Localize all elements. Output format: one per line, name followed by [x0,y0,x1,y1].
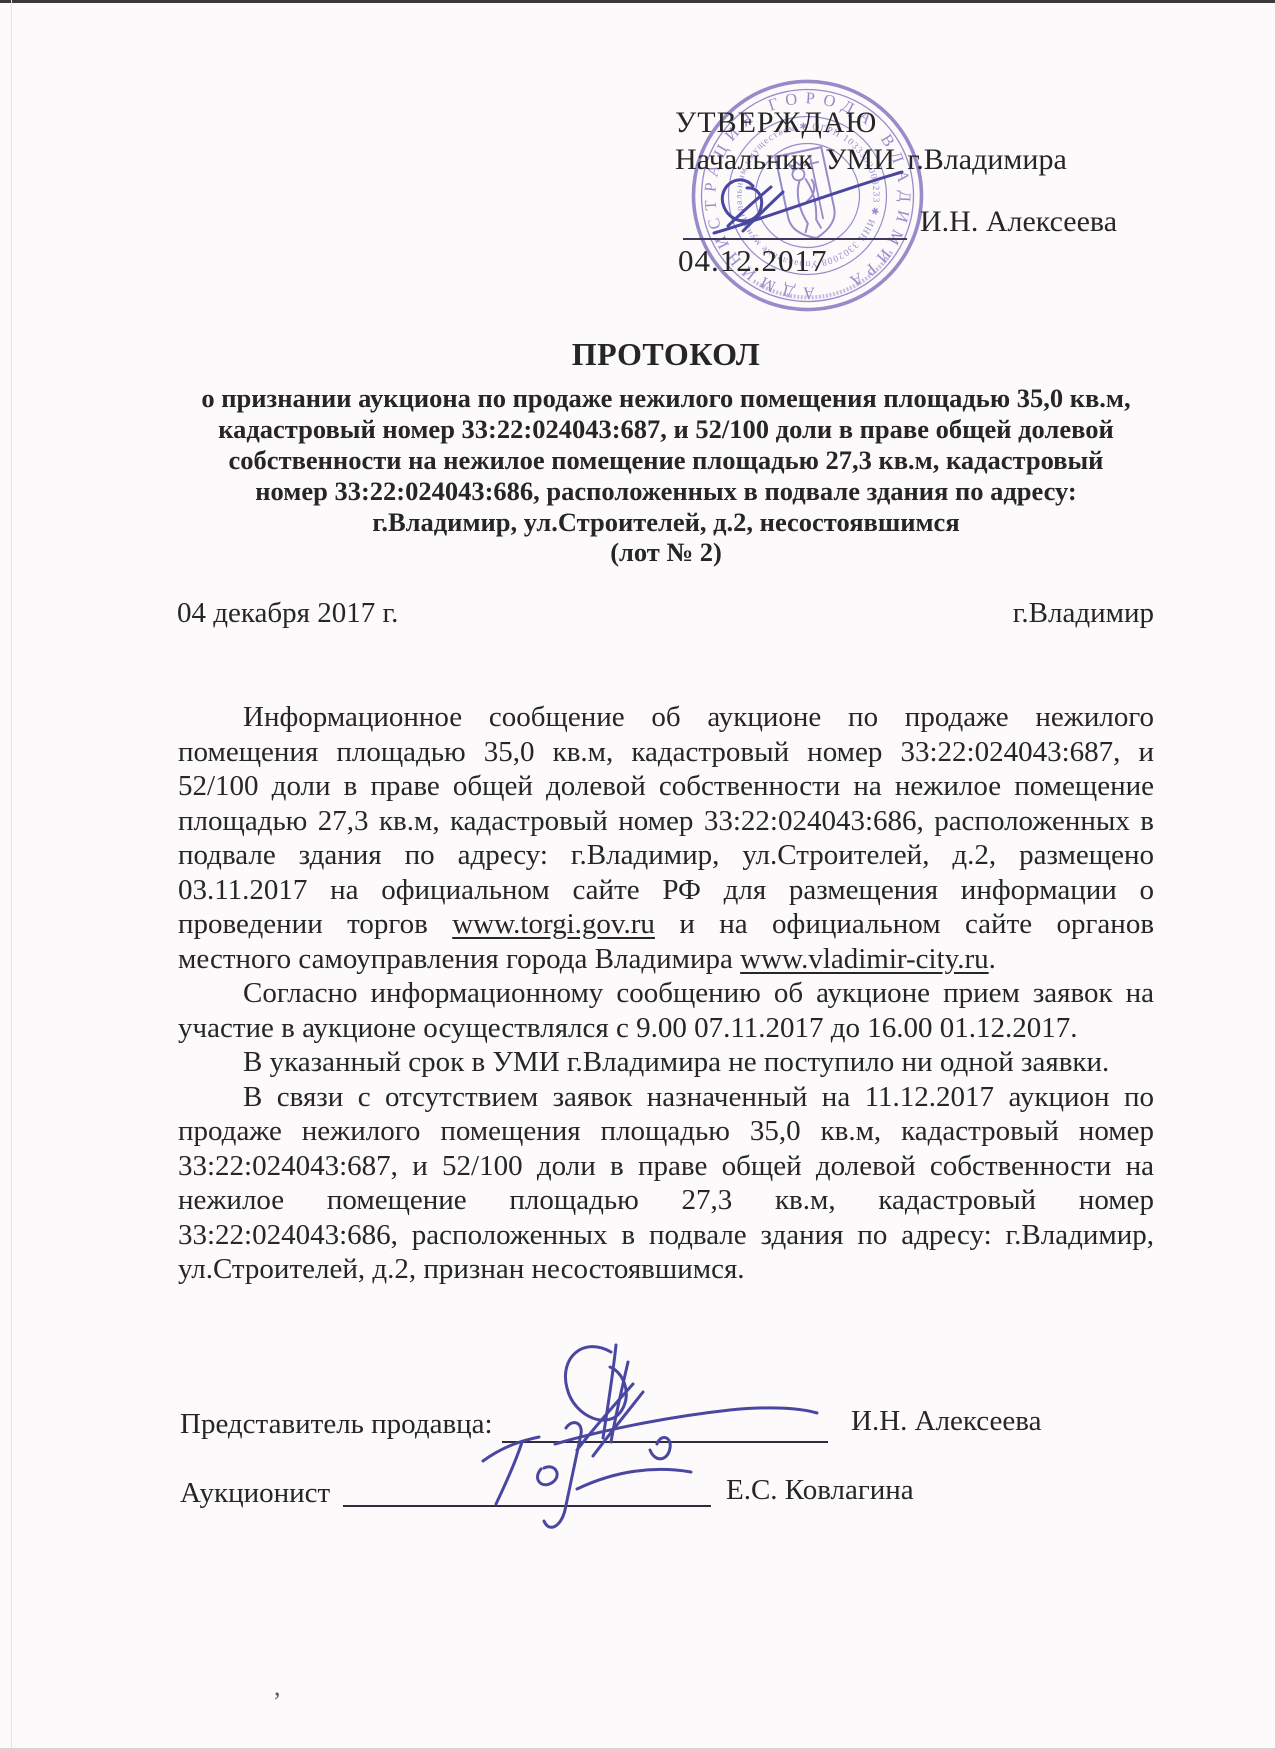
document-city: г.Владимир [1013,597,1154,630]
auctioneer-handwritten-signature [425,1415,725,1530]
paragraph-4: В связи с отсутствием заявок назначенный… [178,1080,1154,1287]
torgi-gov-url: www.torgi.gov.ru [452,908,655,940]
dateline: 04 декабря 2017 г. г.Владимир [177,597,1154,630]
lot-number: (лот № 2) [178,537,1154,568]
auctioneer-name: Е.С. Ковлагина [726,1474,914,1507]
auctioneer-label: Аукционист [180,1477,330,1510]
paragraph-1-text: Информационное сообщение об аукционе по … [178,701,1154,940]
vladimir-city-url: www.vladimir-city.ru [740,943,989,975]
scan-edge-artifact-left [11,0,12,1750]
document-subtitle: о признании аукциона по продаже нежилого… [190,383,1142,538]
scan-stray-mark: , [274,1672,281,1702]
scanned-document-page: АДМИНИСТРАЦИЯ ГОРОДА ВЛАДИМИРА ✱ Управле… [0,0,1275,1750]
approver-name: И.Н. Алексеева [920,205,1117,239]
document-body: Информационное сообщение об аукционе по … [178,700,1154,1287]
scan-edge-artifact-top [0,0,1275,3]
document-title: ПРОТОКОЛ [178,336,1154,373]
paragraph-1-end: . [989,943,996,975]
document-date: 04 декабря 2017 г. [177,597,398,630]
paragraph-3: В указанный срок в УМИ г.Владимира не по… [178,1045,1154,1080]
paragraph-2: Согласно информационному сообщению об ау… [178,976,1154,1045]
seller-representative-name: И.Н. Алексеева [851,1405,1041,1438]
paragraph-1: Информационное сообщение об аукционе по … [178,700,1154,976]
approver-handwritten-signature [690,150,920,250]
approve-label: УТВЕРЖДАЮ [675,106,877,140]
